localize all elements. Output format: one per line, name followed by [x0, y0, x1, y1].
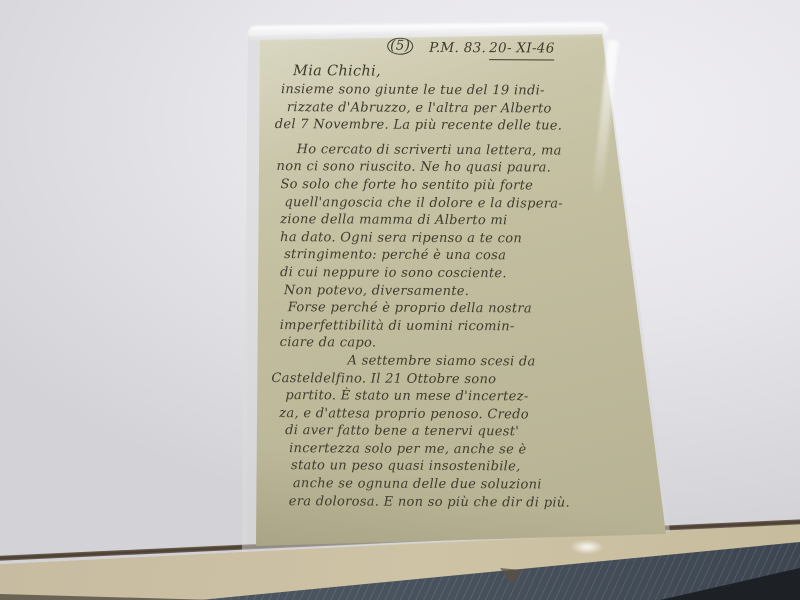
salutation: Mia Chichi,: [293, 61, 657, 83]
letter-line: era dolorosa. E non so più che dir di pi…: [289, 493, 655, 513]
letter-line: partito. È stato un mese d'incertez-: [285, 387, 655, 407]
letter-line: insieme sono giunte le tue del 19 indi-: [281, 81, 657, 101]
photo-of-handwritten-letter: (5) P.M. 83. 20- XI-46 Mia Chichi, insie…: [0, 0, 800, 600]
letter-line: incertezza solo per me, anche se è: [289, 440, 655, 460]
letter-text: (5) P.M. 83. 20- XI-46 Mia Chichi, insie…: [261, 37, 657, 512]
letter-line: stato un peso quasi insostenibile,: [291, 458, 655, 477]
letter-line: di aver fatto bene a tenervi quest': [285, 422, 655, 442]
postmark-text: P.M. 83.: [429, 40, 486, 58]
letter-line: A settembre siamo scesi da: [347, 352, 655, 371]
letter-line: di cui neppure io sono cosciente.: [280, 264, 656, 284]
letter-line: anche se ognuna delle due soluzioni: [293, 475, 655, 494]
letter-line: Non potevo, diversamente.: [284, 282, 656, 302]
sleeve-reflection-spot: [570, 540, 604, 554]
letter-line: Forse perché è proprio della nostra: [288, 299, 656, 319]
letter-line: zione della mamma di Alberto mi: [280, 211, 656, 231]
letter-line: ha dato. Ogni sera ripenso a te con: [280, 229, 656, 249]
letter-line: za, e d'attesa proprio penoso. Credo: [279, 405, 655, 425]
letter-line: ciare da capo.: [280, 334, 656, 354]
letter-line: stringimento: perché è una cosa: [284, 246, 656, 266]
letter-line: imperfettibilità di uomini ricomin-: [280, 317, 656, 337]
letter-line: Casteldelfino. Il 21 Ottobre sono: [271, 370, 655, 390]
letter-date: 20- XI-46: [489, 40, 555, 60]
